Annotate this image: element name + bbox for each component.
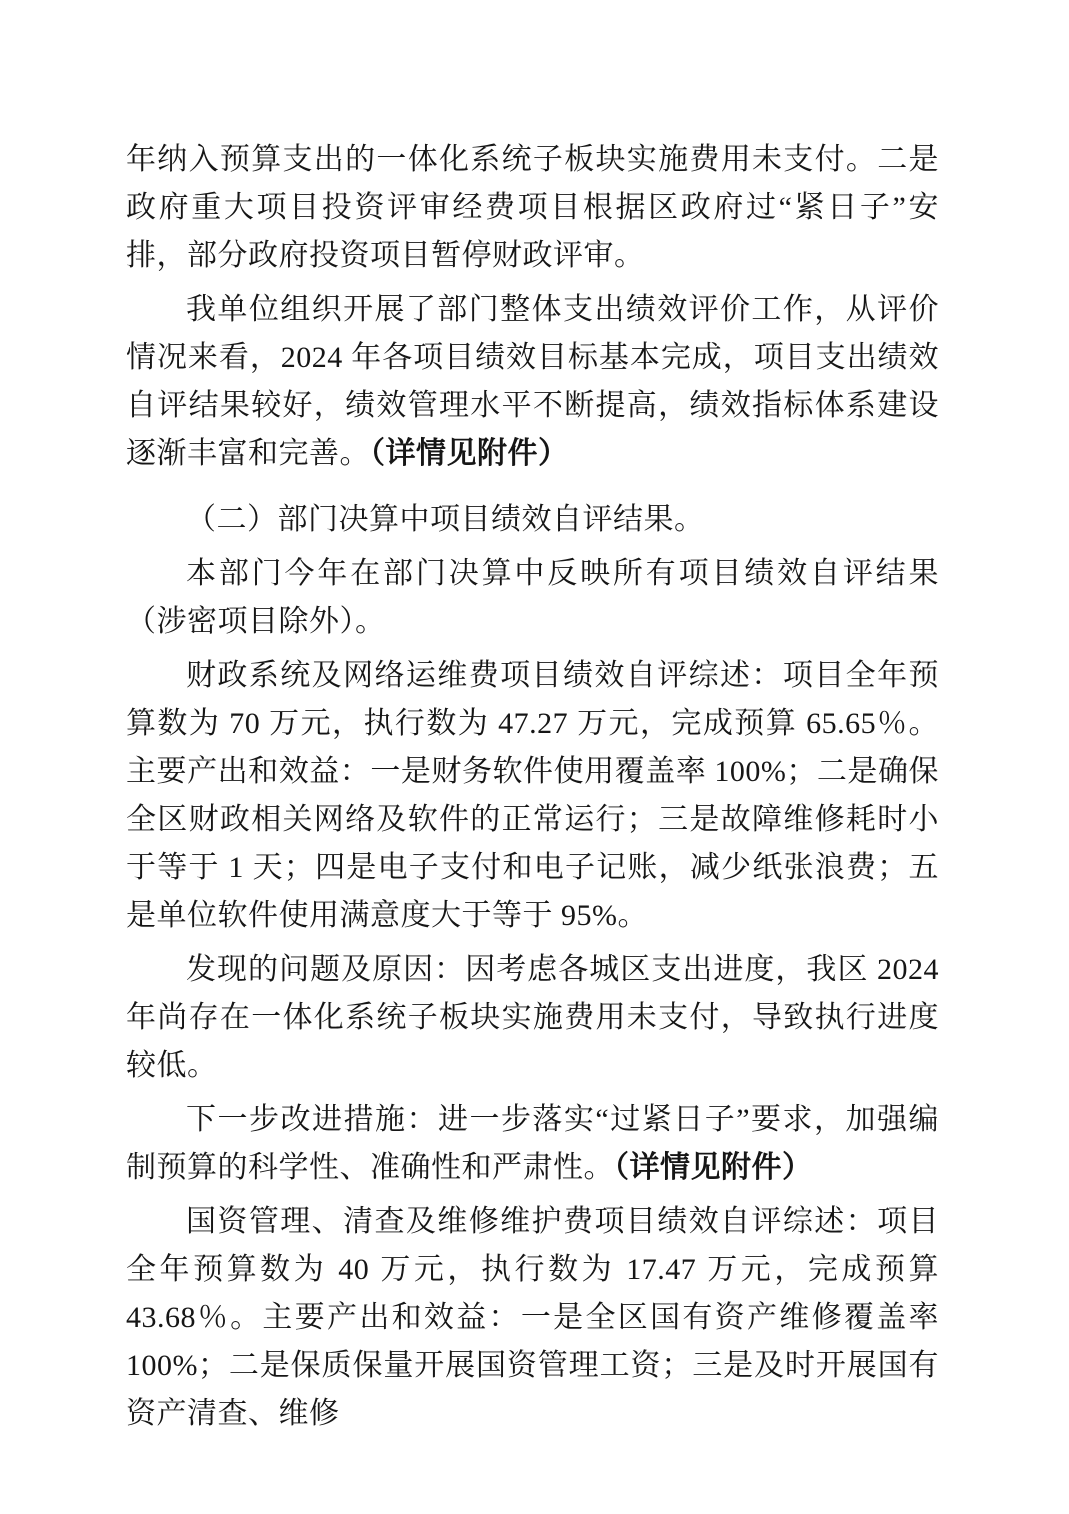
- attachment-note: （详情见附件）: [370, 437, 569, 470]
- paragraph: 国资管理、清查及维修维护费项目绩效自评综述：项目全年预算数为 40 万元，执行数…: [126, 1198, 939, 1438]
- paragraph: 本部门今年在部门决算中反映所有项目绩效自评结果（涉密项目除外）。: [126, 550, 939, 646]
- paragraph: 财政系统及网络运维费项目绩效自评综述：项目全年预算数为 70 万元，执行数为 4…: [126, 652, 939, 940]
- section-heading: （二）部门决算中项目绩效自评结果。: [126, 496, 939, 544]
- paragraph: 我单位组织开展了部门整体支出绩效评价工作，从评价情况来看，2024 年各项目绩效…: [126, 286, 939, 478]
- document-page: 年纳入预算支出的一体化系统子板块实施费用未支付。二是政府重大项目投资评审经费项目…: [0, 0, 1069, 1514]
- paragraph: 下一步改进措施：进一步落实“过紧日子”要求，加强编制预算的科学性、准确性和严肃性…: [126, 1096, 939, 1192]
- paragraph-text: 年纳入预算支出的一体化系统子板块实施费用未支付。二是政府重大项目投资评审经费项目…: [126, 143, 939, 272]
- section-heading-text: （二）部门决算中项目绩效自评结果。: [186, 503, 705, 536]
- paragraph: 年纳入预算支出的一体化系统子板块实施费用未支付。二是政府重大项目投资评审经费项目…: [126, 136, 939, 280]
- paragraph-text: 国资管理、清查及维修维护费项目绩效自评综述：项目全年预算数为 40 万元，执行数…: [126, 1205, 939, 1430]
- attachment-note: （详情见附件）: [614, 1151, 813, 1184]
- paragraph-text: 发现的问题及原因：因考虑各城区支出进度，我区 2024 年尚存在一体化系统子板块…: [126, 953, 939, 1082]
- paragraph-text: 下一步改进措施：进一步落实“过紧日子”要求，加强编制预算的科学性、准确性和严肃性…: [126, 1103, 939, 1184]
- paragraph: 发现的问题及原因：因考虑各城区支出进度，我区 2024 年尚存在一体化系统子板块…: [126, 946, 939, 1090]
- paragraph-text: 本部门今年在部门决算中反映所有项目绩效自评结果（涉密项目除外）。: [126, 557, 939, 638]
- paragraph-text: 财政系统及网络运维费项目绩效自评综述：项目全年预算数为 70 万元，执行数为 4…: [126, 659, 939, 932]
